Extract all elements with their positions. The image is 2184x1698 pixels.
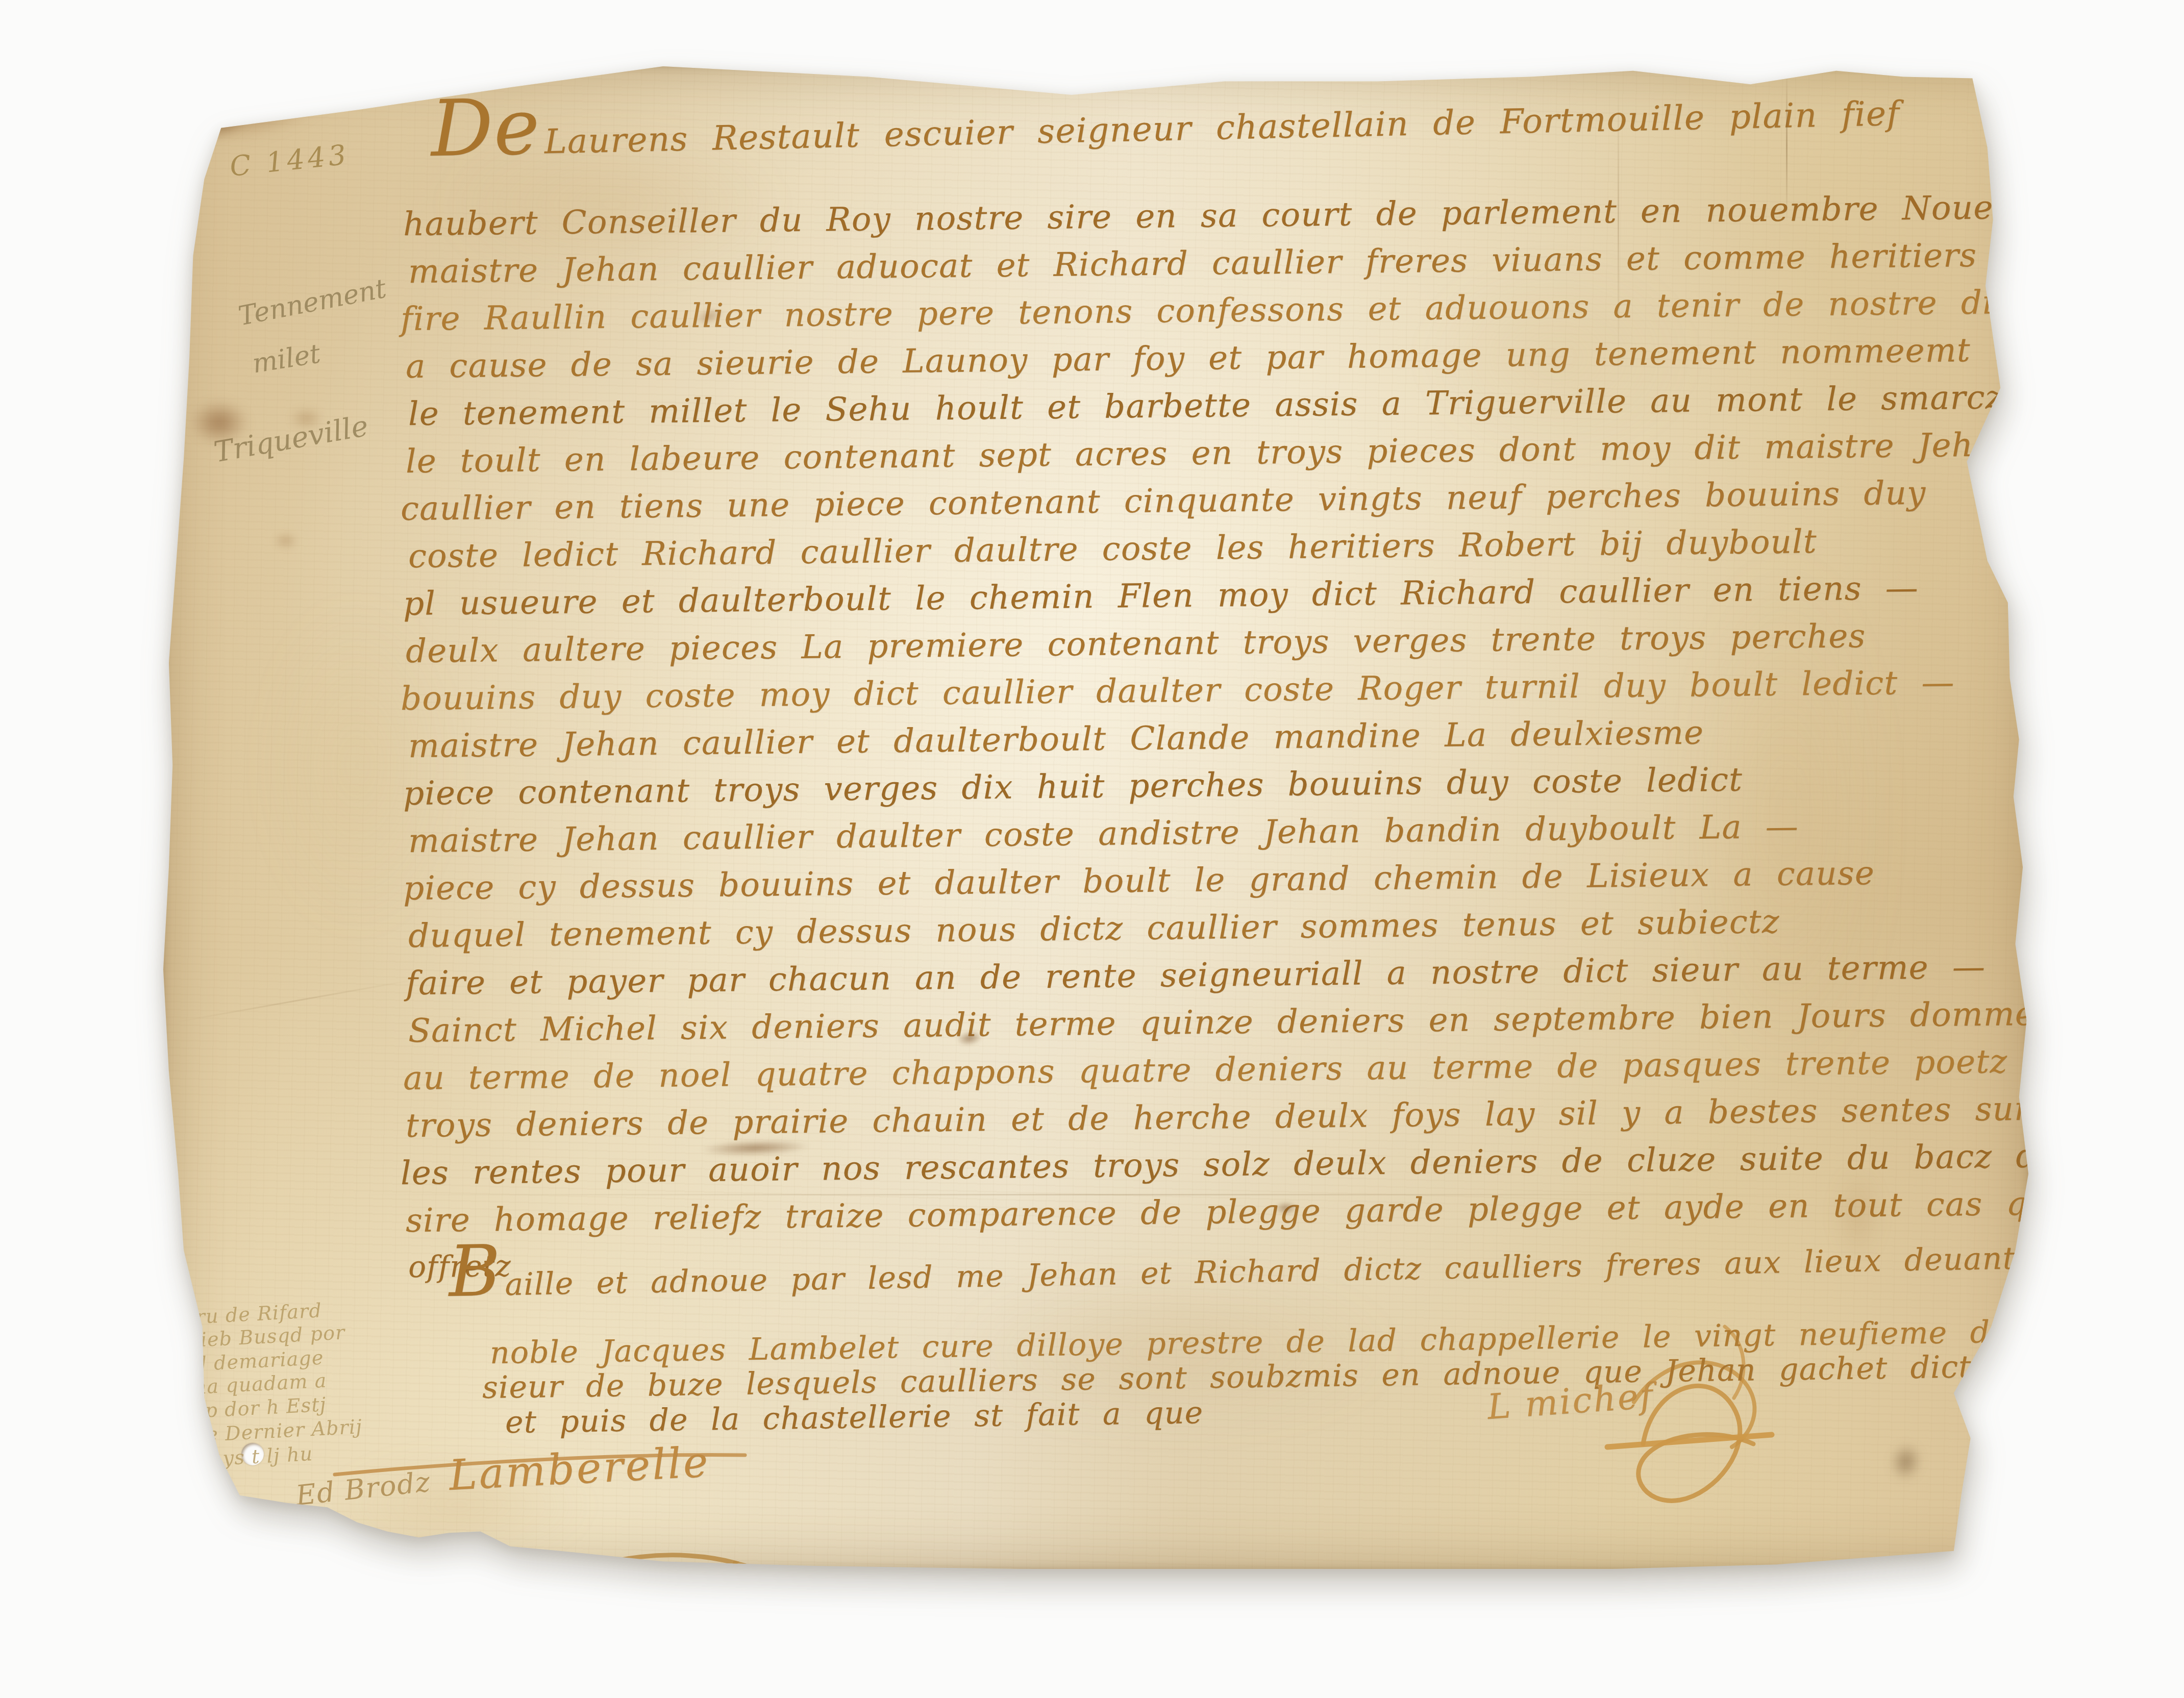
manuscript-line: haubert Conseiller du Roy nostre sire en… <box>403 191 2050 241</box>
archival-note-line: Ed Brodz <box>294 1468 432 1509</box>
manuscript-line: pl usueure et daulterboult le chemin Fle… <box>403 572 1919 620</box>
manuscript-line: coste ledict Richard caullier daultre co… <box>408 526 1817 573</box>
parchment-stain <box>268 528 304 554</box>
parchment: C 1443 DeLaurens Restault escuier seigne… <box>163 66 2028 1569</box>
manuscript-line: maistre Jehan caullier et daulterboult C… <box>408 716 1704 763</box>
manuscript-line: les rentes pour auoir nos rescantes troy… <box>401 1139 2128 1190</box>
manuscript-line-initial: De <box>430 82 541 174</box>
parchment-crease <box>175 979 416 1022</box>
closing-line: Baille et adnoue par lesd me Jehan et Ri… <box>449 1243 2016 1301</box>
manuscript-line: a cause de sa sieurie de Launoy par foy … <box>406 332 2142 383</box>
manuscript-line: le toult en labeure contenant sept acres… <box>406 429 2016 478</box>
manuscript-line: deulx aultere pieces La premiere contena… <box>406 620 1866 668</box>
manuscript-line: sire homage reliefz traize comparence de… <box>406 1186 2168 1237</box>
manuscript-line: troys deniers de prairie chauin et de he… <box>406 1093 2031 1142</box>
manuscript-line: au terme de noel quatre chappons quatre … <box>403 1045 2008 1095</box>
manuscript-line: fire Raullin caullier nostre pere tenons… <box>401 285 2142 336</box>
manuscript-line: maistre Jehan caullier daulter coste and… <box>408 810 1799 858</box>
margin-note: milet <box>251 340 322 377</box>
closing-line-initial: B <box>448 1230 502 1313</box>
manuscript-line: bouuins duy coste moy dict caullier daul… <box>401 666 1955 715</box>
archival-note-line: ns e Dernier Abrij <box>176 1417 363 1446</box>
signature-left: Lamberelle <box>448 1441 711 1497</box>
archival-note-line: nj ys t lj hu <box>196 1444 313 1469</box>
manuscript-line: maistre Jehan caullier aduocat et Richar… <box>408 238 2042 288</box>
parchment-stain <box>1881 1433 1930 1490</box>
manuscript-line: DeLaurens Restault escuier seigneur chas… <box>431 97 1900 161</box>
parchment-content: C 1443 DeLaurens Restault escuier seigne… <box>163 66 2028 1569</box>
closing-line: et puis de la chastellerie st fait a que <box>505 1397 1204 1438</box>
parchment-sheet: C 1443 DeLaurens Restault escuier seigne… <box>0 0 2184 1698</box>
manuscript-line: caullier en tiens une piece contenant ci… <box>401 477 1926 526</box>
manuscript-line: le tenement millet le Sehu hoult et barb… <box>408 381 2003 431</box>
archival-mark: C 1443 <box>229 141 351 181</box>
manuscript-line: piece contenant troys verges dix huit pe… <box>403 764 1743 810</box>
manuscript-line: faire et payer par chacun an de rente se… <box>406 951 1986 1000</box>
manuscript-line: piece cy dessus bouuins et daulter boult… <box>403 857 1875 905</box>
signature-right: L michef <box>1486 1379 1655 1425</box>
manuscript-photo: C 1443 DeLaurens Restault escuier seigne… <box>0 0 2184 1698</box>
manuscript-line: Sainct Michel six deniers audit terme qu… <box>408 998 2036 1047</box>
margin-note: Triqueville <box>212 412 370 467</box>
margin-note: Tennement <box>236 275 388 330</box>
manuscript-line: duquel tenement cy dessus nous dictz cau… <box>408 906 1780 953</box>
photo-canvas: { "photo": { "background_color": "#fbfbf… <box>0 0 2184 1698</box>
